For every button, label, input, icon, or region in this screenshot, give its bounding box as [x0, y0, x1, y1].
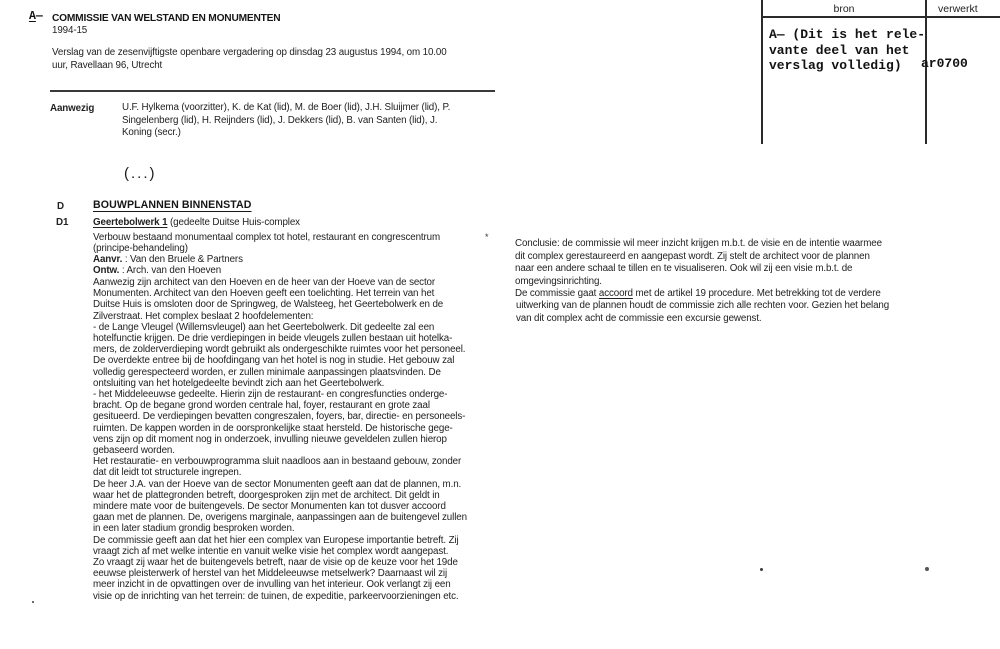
document-number: 1994-15: [52, 24, 87, 37]
item-subtitle: Verbouw bestaand monumentaal complex tot…: [93, 232, 440, 254]
annotation-letter: A: [29, 10, 36, 23]
annotation-dash: —: [36, 10, 43, 23]
stamp-table-col2-header: verwerkt: [938, 3, 978, 15]
applicant-label: Aanvr.: [93, 254, 122, 265]
stamp-table-left-border: [761, 0, 763, 144]
section-id: D: [57, 201, 64, 212]
scan-speck: [925, 567, 929, 571]
stamp-table-col1-header: bron: [762, 3, 926, 15]
meeting-info: Verslag van de zesenvijftigste openbare …: [52, 46, 447, 72]
stamp-table-middle-border: [925, 0, 927, 144]
applicant-line: Aanvr. : Van den Bruele & Partners: [93, 254, 243, 265]
stamp-table-header-border: [761, 16, 1000, 18]
conclusion-paragraph-2-line1: De commissie gaat accoord met de artikel…: [515, 288, 881, 301]
ellipsis-mark: (...): [124, 165, 157, 182]
item-id: D1: [56, 217, 68, 228]
conclusion-paragraph-2-rest: uitwerking van de plannen houdt de commi…: [516, 300, 889, 325]
conclusion-accoord-underlined: accoord: [599, 288, 633, 299]
processed-code: ar0700: [921, 56, 968, 71]
header-divider: [50, 90, 495, 92]
typewriter-note: A— (Dit is het rele- vante deel van het …: [769, 27, 925, 74]
scan-speck: [760, 568, 763, 571]
scan-speck: [32, 601, 34, 603]
attendees-label: Aanwezig: [50, 102, 94, 115]
scanned-document-page: A— COMMISSIE VAN WELSTAND EN MONUMENTEN …: [0, 0, 1000, 649]
margin-annotation-mark: A—: [29, 10, 43, 23]
footnote-asterisk: *: [485, 232, 489, 242]
designer-value: : Arch. van den Hoeven: [119, 265, 221, 276]
attendees-list: U.F. Hylkema (voorzitter), K. de Kat (li…: [122, 102, 450, 140]
conclusion-paragraph-1: Conclusie: de commissie wil meer inzicht…: [515, 238, 882, 288]
item-body: Aanwezig zijn architect van den Hoeven e…: [93, 277, 467, 602]
designer-label: Ontw.: [93, 265, 119, 276]
item-title: Geertebolwerk 1: [93, 217, 167, 228]
applicant-value: : Van den Bruele & Partners: [122, 254, 243, 265]
conclusion-after-accoord: met de artikel 19 procedure. Met betrekk…: [633, 288, 881, 299]
designer-line: Ontw. : Arch. van den Hoeven: [93, 265, 221, 276]
section-title: BOUWPLANNEN BINNENSTAD: [93, 199, 252, 211]
item-title-line: Geertebolwerk 1 (gedeelte Duitse Huis-co…: [93, 217, 300, 228]
conclusion-before-accoord: De commissie gaat: [515, 288, 599, 299]
item-title-rest: (gedeelte Duitse Huis-complex: [167, 217, 300, 228]
document-title: COMMISSIE VAN WELSTAND EN MONUMENTEN: [52, 13, 280, 24]
